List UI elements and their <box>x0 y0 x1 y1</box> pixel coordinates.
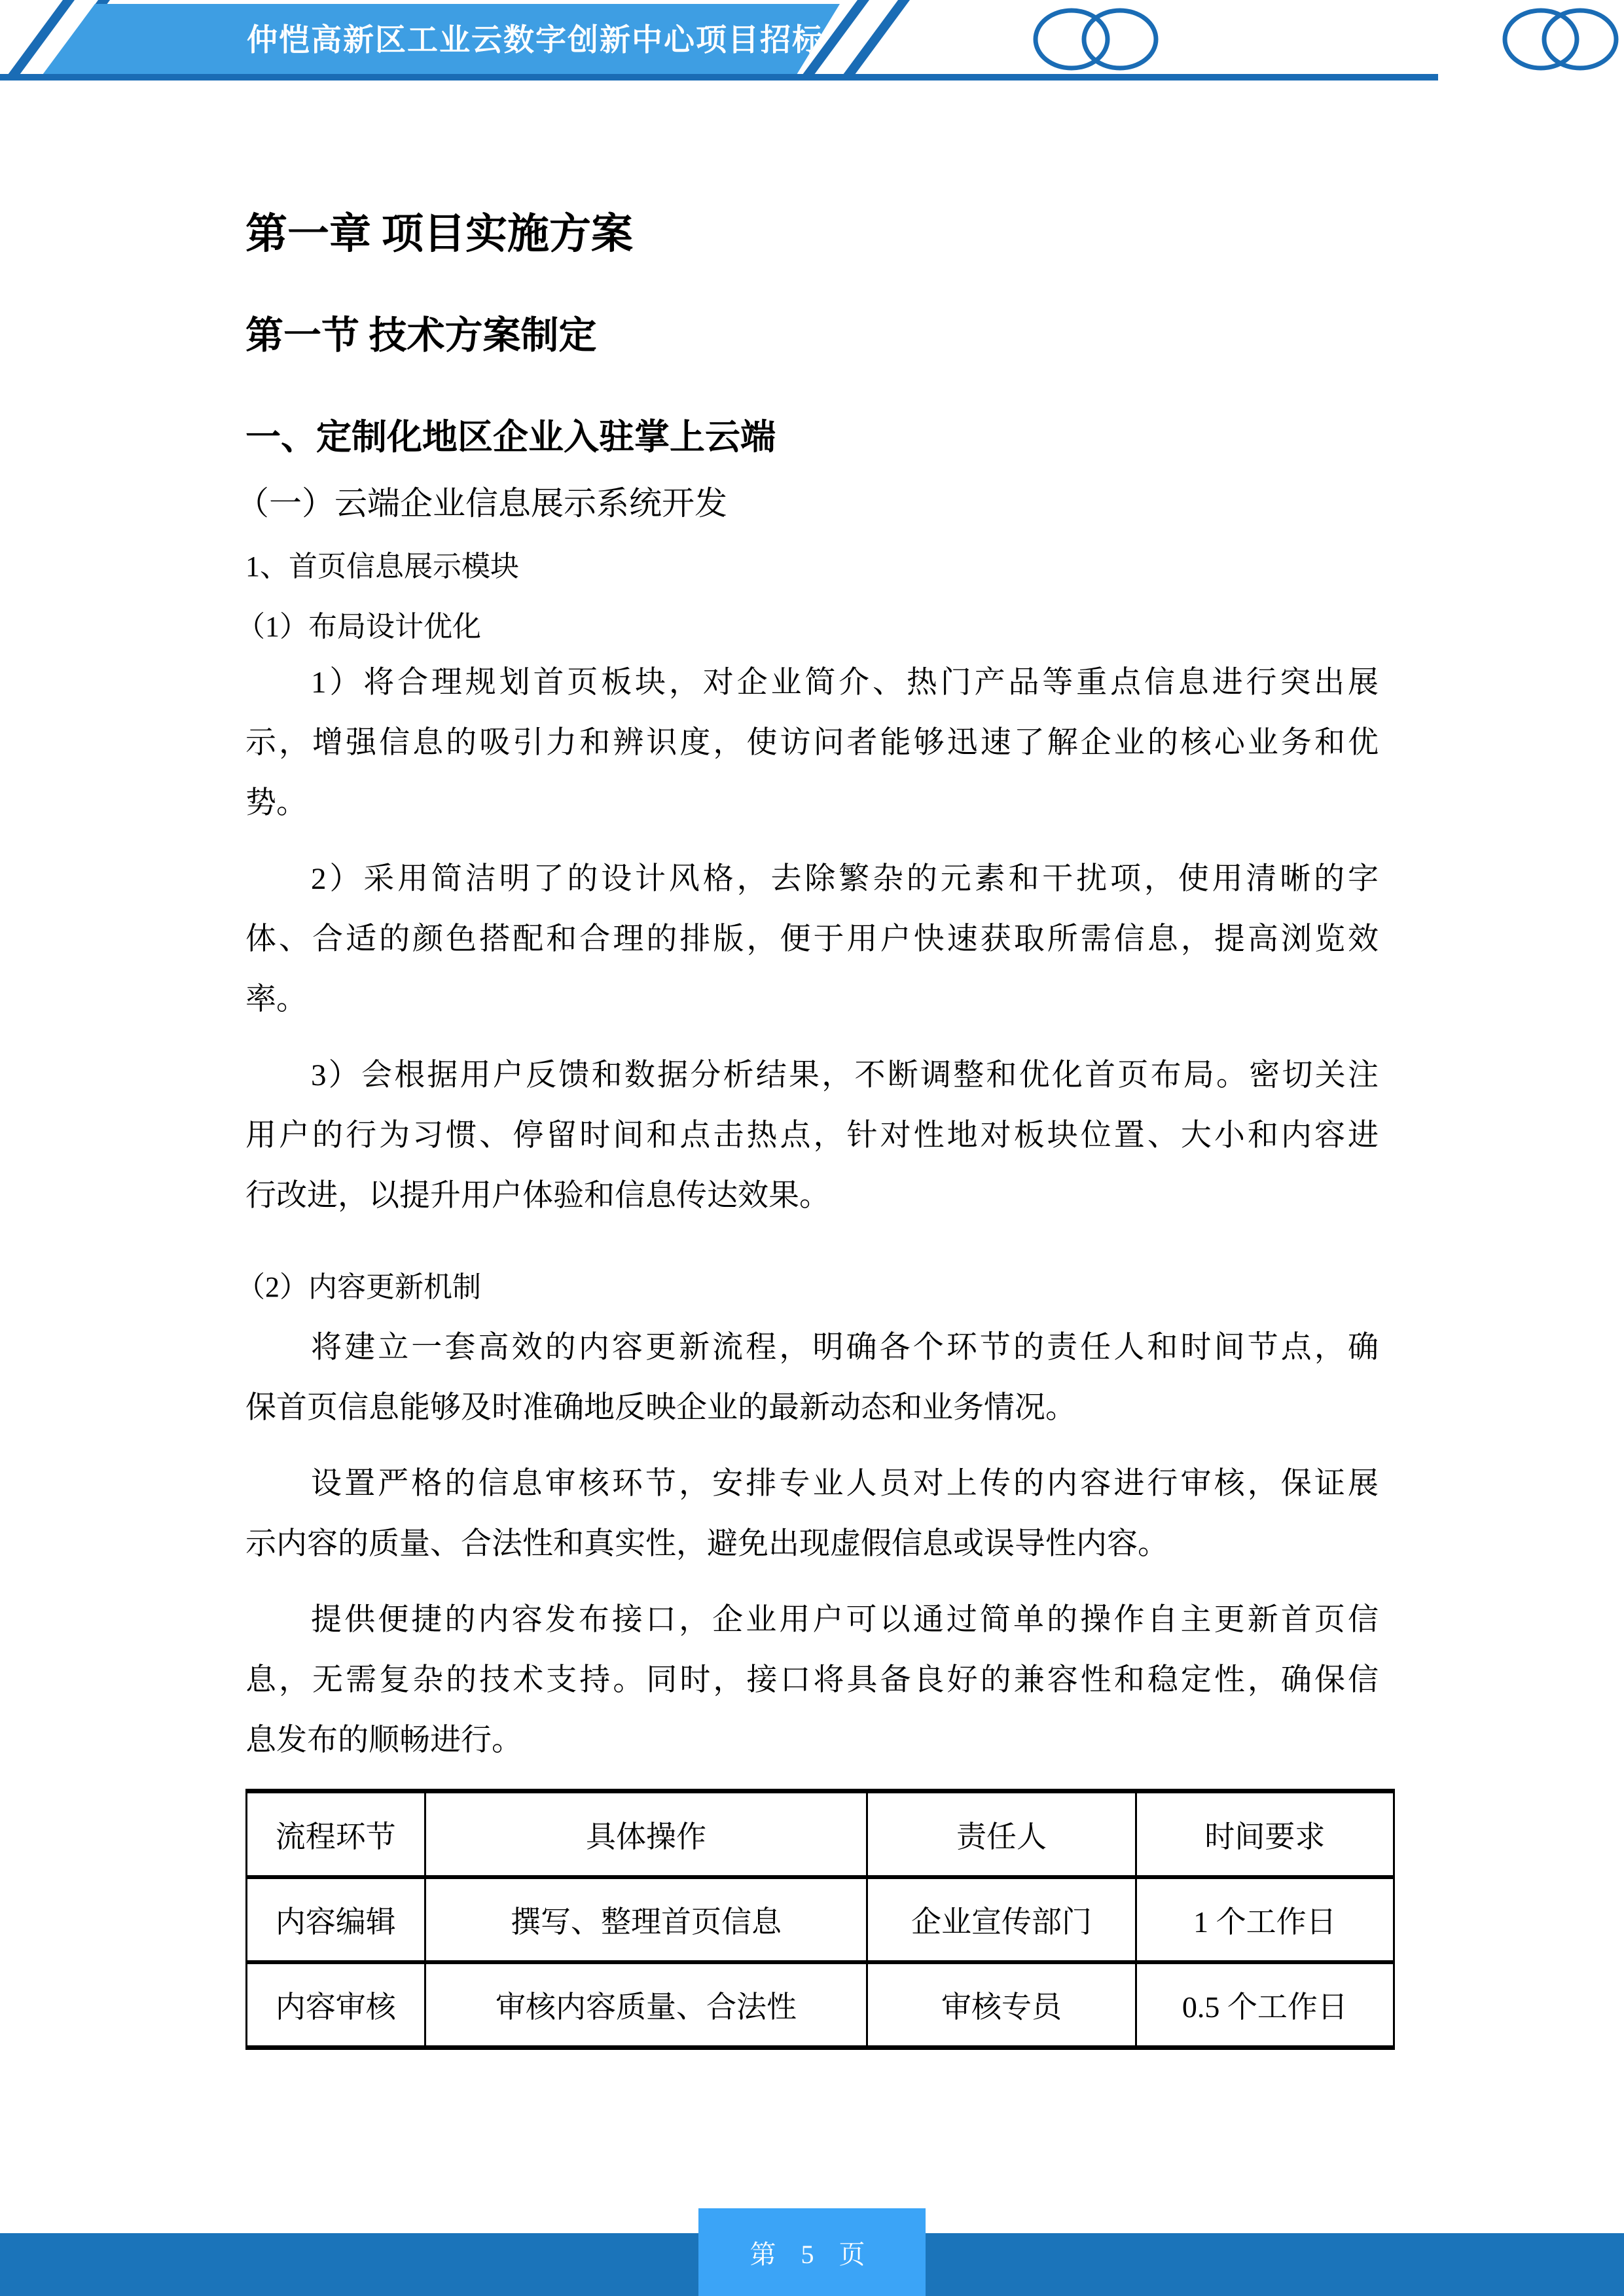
subsection-heading-4: （1）布局设计优化 <box>236 609 1379 645</box>
paragraph: 设置严格的信息审核环节，安排专业人员对上传的内容进行审核，保证展示内容的质量、合… <box>245 1454 1379 1574</box>
paragraph-line: 行改进，以提升用户体验和信息传达效果。 <box>245 1166 1379 1226</box>
paragraph: 将建立一套高效的内容更新流程，明确各个环节的责任人和时间节点，确保首页信息能够及… <box>245 1318 1379 1438</box>
paragraph: 提供便捷的内容发布接口，企业用户可以通过简单的操作自主更新首页信息，无需复杂的技… <box>245 1590 1379 1770</box>
table-row: 内容编辑 撰写、整理首页信息 企业宣传部门 1 个工作日 <box>247 1877 1394 1962</box>
paragraph-line: 息，无需复杂的技术支持。同时，接口将具备良好的兼容性和稳定性，确保信 <box>245 1650 1379 1710</box>
table-header-cell: 流程环节 <box>247 1791 425 1878</box>
paragraph-line: 将建立一套高效的内容更新流程，明确各个环节的责任人和时间节点，确 <box>245 1318 1379 1378</box>
table-cell: 撰写、整理首页信息 <box>425 1877 867 1962</box>
paragraph-line: 2）采用简洁明了的设计风格，去除繁杂的元素和干扰项，使用清晰的字 <box>245 849 1379 909</box>
paragraph-line: 势。 <box>245 773 1379 833</box>
header-banner-title: 仲恺高新区工业云数字创新中心项目招标 <box>247 22 824 57</box>
interlocked-rings-icon <box>1036 10 1156 68</box>
table-row: 内容审核 审核内容质量、合法性 审核专员 0.5 个工作日 <box>247 1962 1394 2048</box>
section-heading: 第一节 技术方案制定 <box>245 313 1379 359</box>
paragraph-line: 设置严格的信息审核环节，安排专业人员对上传的内容进行审核，保证展 <box>245 1454 1379 1514</box>
paragraph-line: 示，增强信息的吸引力和辨识度，使访问者能够迅速了解企业的核心业务和优 <box>245 713 1379 773</box>
chapter-heading: 第一章 项目实施方案 <box>245 209 1379 259</box>
subsection-heading-3: 1、首页信息展示模块 <box>245 548 1379 585</box>
table-cell: 1 个工作日 <box>1136 1877 1394 1962</box>
table-cell: 审核内容质量、合法性 <box>425 1962 867 2048</box>
subsection-heading-1: 一、定制化地区企业入驻掌上云端 <box>245 416 1379 459</box>
subsection-heading-5: （2）内容更新机制 <box>236 1257 1379 1318</box>
header-rule <box>0 74 1438 81</box>
table-header-row: 流程环节 具体操作 责任人 时间要求 <box>247 1791 1394 1878</box>
paragraph-line: 息发布的顺畅进行。 <box>245 1710 1379 1770</box>
table-header-cell: 时间要求 <box>1136 1791 1394 1878</box>
paragraph-line: 率。 <box>245 969 1379 1030</box>
page-header: 仲恺高新区工业云数字创新中心项目招标 <box>0 0 1624 92</box>
subsection-heading-2: （一）云端企业信息展示系统开发 <box>236 483 1379 524</box>
paragraph-line: 提供便捷的内容发布接口，企业用户可以通过简单的操作自主更新首页信 <box>245 1590 1379 1650</box>
table-header-cell: 具体操作 <box>425 1791 867 1878</box>
paragraph: 1）将合理规划首页板块，对企业简介、热门产品等重点信息进行突出展示，增强信息的吸… <box>245 653 1379 833</box>
table-header-cell: 责任人 <box>867 1791 1136 1878</box>
paragraph-line: 体、合适的颜色搭配和合理的排版，便于用户快速获取所需信息，提高浏览效 <box>245 909 1379 969</box>
interlocked-rings-icon <box>1505 10 1616 68</box>
table-cell: 审核专员 <box>867 1962 1136 2048</box>
paragraph-line: 示内容的质量、合法性和真实性，避免出现虚假信息或误导性内容。 <box>245 1514 1379 1574</box>
process-table: 流程环节 具体操作 责任人 时间要求 内容编辑 撰写、整理首页信息 企业宣传部门… <box>245 1789 1395 2050</box>
page-number-box: 第 5 页 <box>698 2208 926 2296</box>
paragraph-line: 1）将合理规划首页板块，对企业简介、热门产品等重点信息进行突出展 <box>245 653 1379 713</box>
table-cell: 企业宣传部门 <box>867 1877 1136 1962</box>
paragraph-line: 3）会根据用户反馈和数据分析结果，不断调整和优化首页布局。密切关注 <box>245 1045 1379 1105</box>
table-cell: 内容编辑 <box>247 1877 425 1962</box>
document-page: 仲恺高新区工业云数字创新中心项目招标 第一章 项目实施方案 第一节 技术方案制定… <box>0 0 1624 2296</box>
paragraph-line: 用户的行为习惯、停留时间和点击热点，针对性地对板块位置、大小和内容进 <box>245 1105 1379 1166</box>
paragraph: 2）采用简洁明了的设计风格，去除繁杂的元素和干扰项，使用清晰的字体、合适的颜色搭… <box>245 849 1379 1030</box>
page-number: 第 5 页 <box>750 2234 875 2271</box>
table-cell: 0.5 个工作日 <box>1136 1962 1394 2048</box>
paragraph: 3）会根据用户反馈和数据分析结果，不断调整和优化首页布局。密切关注用户的行为习惯… <box>245 1045 1379 1226</box>
table-cell: 内容审核 <box>247 1962 425 2048</box>
paragraph-line: 保首页信息能够及时准确地反映企业的最新动态和业务情况。 <box>245 1378 1379 1438</box>
document-body: 第一章 项目实施方案 第一节 技术方案制定 一、定制化地区企业入驻掌上云端 （一… <box>245 209 1379 2050</box>
